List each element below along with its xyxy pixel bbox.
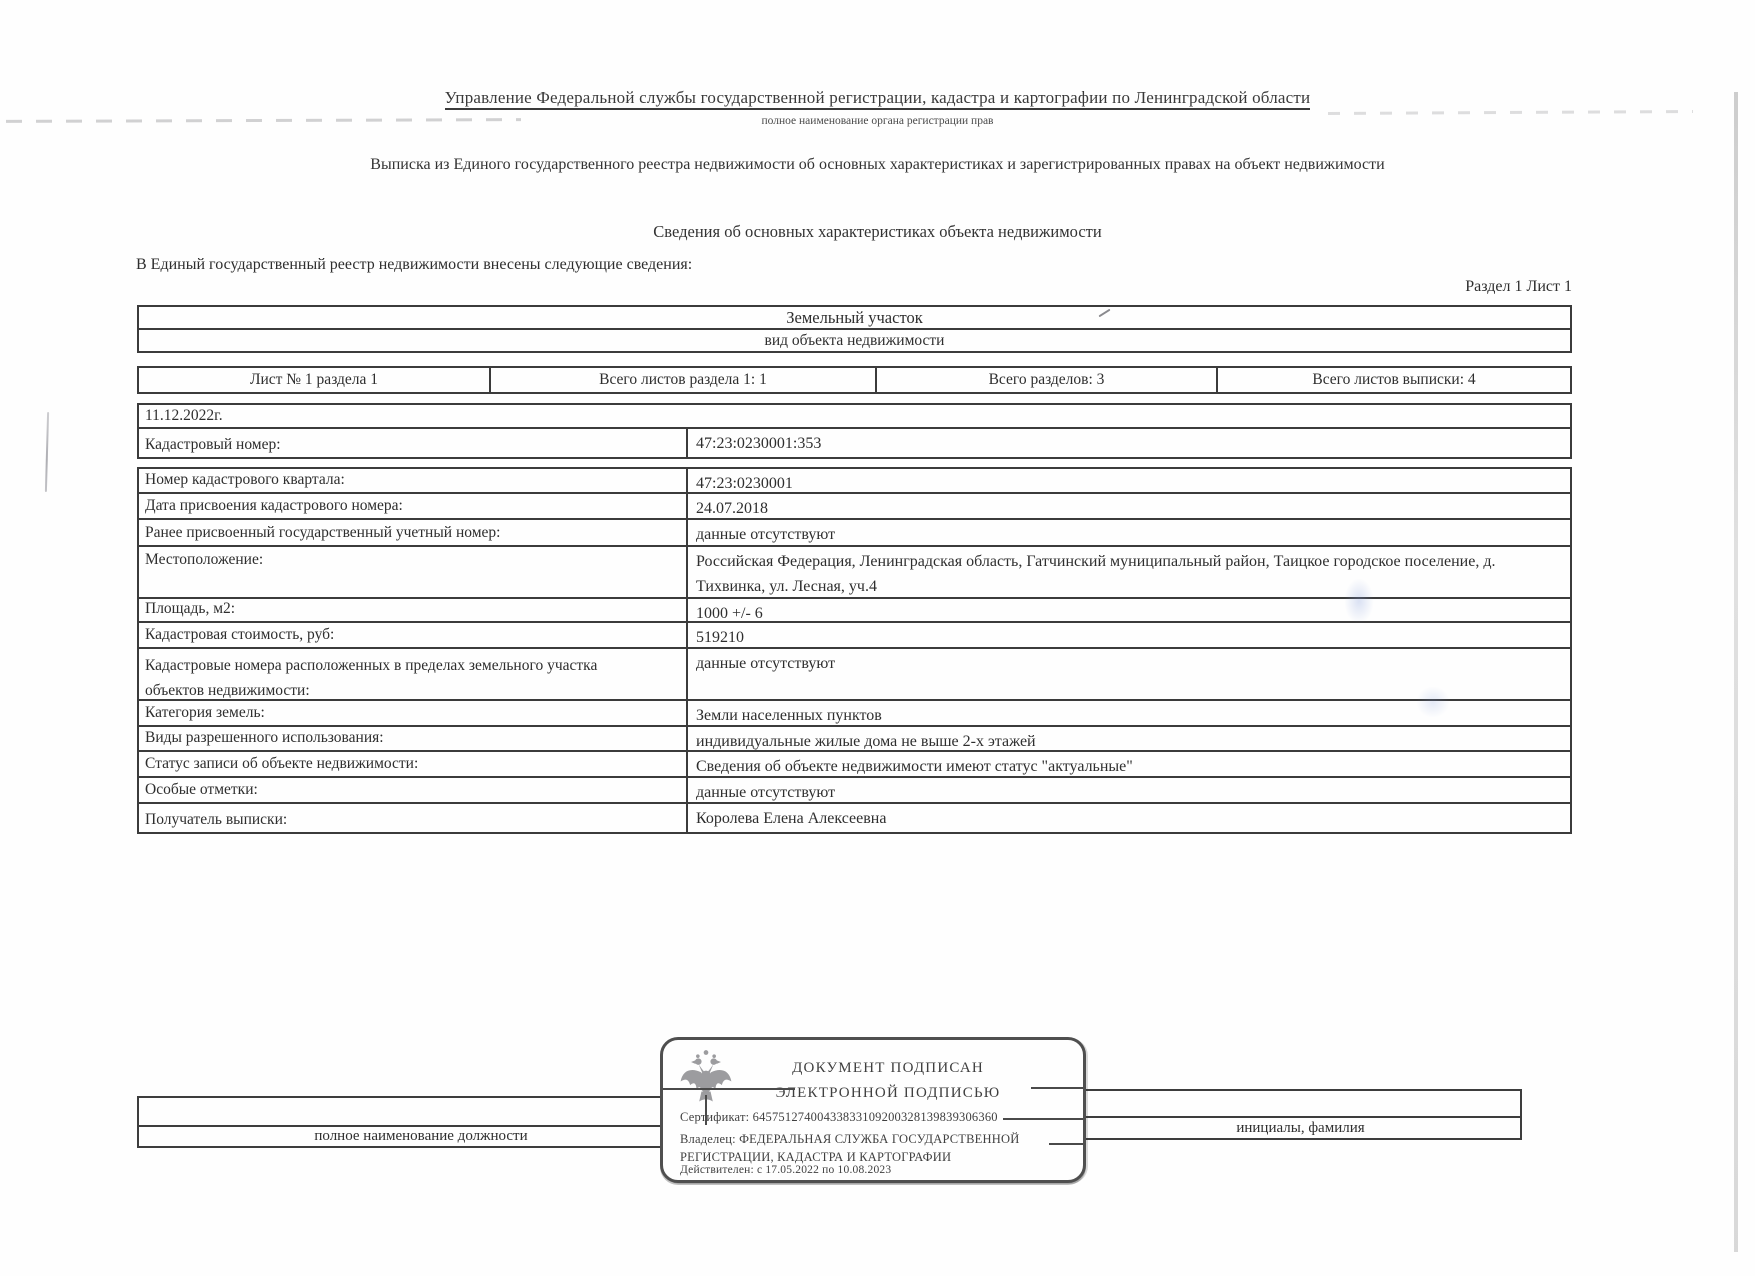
object-kind-caption: вид объекта недвижимости (765, 332, 945, 350)
row-label: Кадастровая стоимость, руб: (139, 623, 688, 647)
table-row: Получатель выписки: Королева Елена Алекс… (139, 804, 1570, 832)
table-row: Номер кадастрового квартала: 47:23:02300… (139, 469, 1570, 494)
ink-smudge-artifact (1344, 578, 1374, 624)
egrn-extract-page: Управление Федеральной службы государств… (0, 0, 1755, 1276)
row-label: Дата присвоения кадастрового номера: (139, 494, 688, 518)
signature-name-blank (1081, 1091, 1520, 1118)
row-value: Сведения об объекте недвижимости имеют с… (688, 752, 1570, 776)
row-value: Королева Елена Алексеевна (688, 804, 1570, 832)
record-date: 11.12.2022г. (139, 405, 223, 427)
row-value: 24.07.2018 (688, 494, 1570, 518)
sheet-counters-table: Лист № 1 раздела 1 Всего листов раздела … (137, 366, 1572, 394)
row-label: Кадастровые номера расположенных в преде… (139, 649, 688, 699)
row-value: Российская Федерация, Ленинградская обла… (688, 547, 1570, 597)
table-row: Статус записи об объекте недвижимости: С… (139, 752, 1570, 778)
sheet-cell-3: Всего разделов: 3 (877, 368, 1218, 392)
date-cadastral-table: 11.12.2022г. Кадастровый номер: 47:23:02… (137, 403, 1572, 459)
intro-line: В Единый государственный реестр недвижим… (136, 256, 692, 274)
stamp-validity: Действителен: с 17.05.2022 по 10.08.2023 (680, 1164, 891, 1176)
row-label: Категория земель: (139, 701, 688, 725)
row-label: Виды разрешенного использования: (139, 727, 688, 750)
details-table: Номер кадастрового квартала: 47:23:02300… (137, 467, 1572, 834)
signature-name-caption: инициалы, фамилия (1081, 1118, 1520, 1138)
row-label: Получатель выписки: (139, 804, 688, 832)
cadastral-number-value: 47:23:0230001:353 (688, 429, 1570, 457)
sheet-cell-4: Всего листов выписки: 4 (1218, 368, 1570, 392)
date-row: 11.12.2022г. (139, 405, 1570, 429)
signature-position-blank (139, 1098, 703, 1127)
row-label: Статус записи об объекте недвижимости: (139, 752, 688, 776)
stamp-owner-line1: Владелец: ФЕДЕРАЛЬНАЯ СЛУЖБА ГОСУДАРСТВЕ… (680, 1132, 1019, 1147)
ink-smudge-artifact (1416, 686, 1450, 718)
row-label: Местоположение: (139, 547, 688, 597)
stamp-title-line1: ДОКУМЕНТ ПОДПИСАН (753, 1060, 1023, 1077)
signature-position-box: полное наименование должности (137, 1096, 705, 1148)
row-label: Особые отметки: (139, 778, 688, 802)
object-kind-row: Земельный участок (139, 307, 1570, 330)
row-label: Номер кадастрового квартала: (139, 469, 688, 492)
stamp-owner-line2: РЕГИСТРАЦИИ, КАДАСТРА И КАРТОГРАФИИ (680, 1150, 951, 1165)
cadastral-number-row: Кадастровый номер: 47:23:0230001:353 (139, 429, 1570, 457)
signature-position-caption: полное наименование должности (139, 1127, 703, 1146)
scan-line-artifact (1031, 1087, 1083, 1089)
table-row: Кадастровая стоимость, руб: 519210 (139, 623, 1570, 649)
table-row: Категория земель: Земли населенных пункт… (139, 701, 1570, 727)
scan-line-artifact (705, 1095, 707, 1125)
org-title-text: Управление Федеральной службы государств… (445, 88, 1311, 110)
row-value: 519210 (688, 623, 1570, 647)
table-row: Особые отметки: данные отсутствуют (139, 778, 1570, 804)
cadastral-number-label: Кадастровый номер: (139, 429, 688, 457)
row-value: 1000 +/- 6 (688, 599, 1570, 621)
row-label-text: Кадастровые номера расположенных в преде… (145, 653, 625, 703)
signature-name-box: инициалы, фамилия (1079, 1089, 1522, 1140)
row-value: индивидуальные жилые дома не выше 2-х эт… (688, 727, 1570, 750)
page-edge-shadow (1734, 92, 1738, 1252)
org-title: Управление Федеральной службы государств… (0, 88, 1755, 108)
row-value: данные отсутствуют (688, 778, 1570, 802)
row-label: Площадь, м2: (139, 599, 688, 621)
section-sheet-label: Раздел 1 Лист 1 (1465, 278, 1572, 296)
row-label: Ранее присвоенный государственный учетны… (139, 520, 688, 545)
table-row: Кадастровые номера расположенных в преде… (139, 649, 1570, 701)
scan-squiggle-artifact (45, 412, 49, 492)
scan-line-artifact (1049, 1143, 1083, 1145)
stamp-certificate: Сертификат: 6457512740043383310920032813… (680, 1110, 998, 1125)
sheet-cell-2: Всего листов раздела 1: 1 (491, 368, 877, 392)
table-row: Виды разрешенного использования: индивид… (139, 727, 1570, 752)
table-row: Дата присвоения кадастрового номера: 24.… (139, 494, 1570, 520)
scan-line-artifact (1003, 1118, 1083, 1120)
scan-line-artifact (663, 1088, 795, 1090)
object-kind-caption-row: вид объекта недвижимости (139, 330, 1570, 351)
document-title: Выписка из Единого государственного реес… (120, 156, 1635, 174)
object-kind-table: Земельный участок вид объекта недвижимос… (137, 305, 1572, 353)
table-row: Ранее присвоенный государственный учетны… (139, 520, 1570, 547)
row-value: 47:23:0230001 (688, 469, 1570, 492)
section-title: Сведения об основных характеристиках объ… (0, 222, 1755, 242)
digital-signature-stamp: ДОКУМЕНТ ПОДПИСАН ЭЛЕКТРОННОЙ ПОДПИСЬЮ С… (660, 1037, 1086, 1183)
object-kind-value: Земельный участок (786, 308, 922, 328)
row-value-text: Российская Федерация, Ленинградская обла… (696, 549, 1496, 599)
sheet-cell-1: Лист № 1 раздела 1 (139, 368, 491, 392)
row-value: данные отсутствуют (688, 520, 1570, 545)
